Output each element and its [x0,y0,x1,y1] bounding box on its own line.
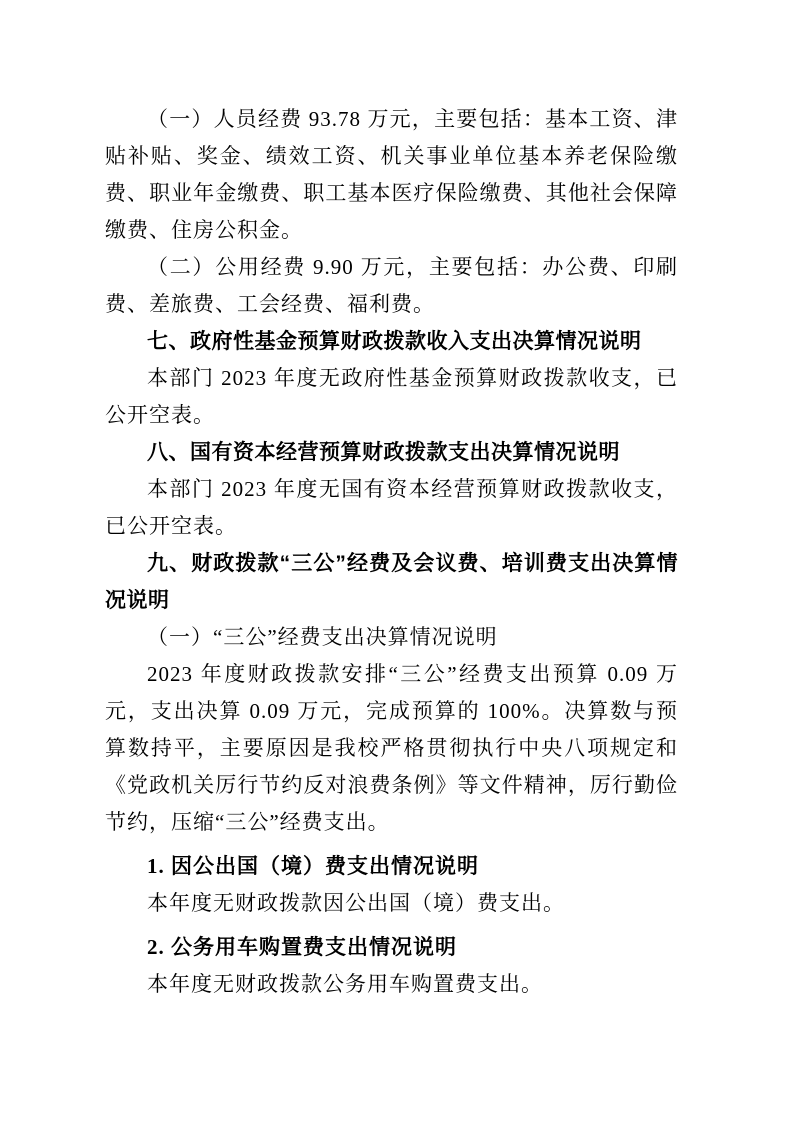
para-abroad-expense-body: 本年度无财政拨款因公出国（境）费支出。 [105,885,678,922]
heading-section-9-three-public: 九、财政拨款“三公”经费及会议费、培训费支出决算情况说明 [105,545,678,619]
document-page: （一）人员经费 93.78 万元，主要包括：基本工资、津贴补贴、奖金、绩效工资、… [0,0,793,1122]
para-personnel-expense: （一）人员经费 93.78 万元，主要包括：基本工资、津贴补贴、奖金、绩效工资、… [105,101,678,249]
heading-section-7-gov-fund: 七、政府性基金预算财政拨款收入支出决算情况说明 [105,323,678,360]
subheading-three-public-expense: （一）“三公”经费支出决算情况说明 [105,619,678,656]
para-public-expense: （二）公用经费 9.90 万元，主要包括：办公费、印刷费、差旅费、工会经费、福利… [105,249,678,323]
para-vehicle-purchase-body: 本年度无财政拨款公务用车购置费支出。 [105,966,678,1003]
numbered-heading-vehicle-purchase: 2. 公务用车购置费支出情况说明 [105,929,678,966]
heading-section-8-state-capital: 八、国有资本经营预算财政拨款支出决算情况说明 [105,434,678,471]
numbered-heading-abroad-expense: 1. 因公出国（境）费支出情况说明 [105,848,678,885]
para-section-8-body: 本部门 2023 年度无国有资本经营预算财政拨款收支，已公开空表。 [105,471,678,545]
document-content: （一）人员经费 93.78 万元，主要包括：基本工资、津贴补贴、奖金、绩效工资、… [0,0,793,1003]
para-section-7-body: 本部门 2023 年度无政府性基金预算财政拨款收支，已公开空表。 [105,360,678,434]
para-three-public-body: 2023 年度财政拨款安排“三公”经费支出预算 0.09 万元，支出决算 0.0… [105,656,678,841]
